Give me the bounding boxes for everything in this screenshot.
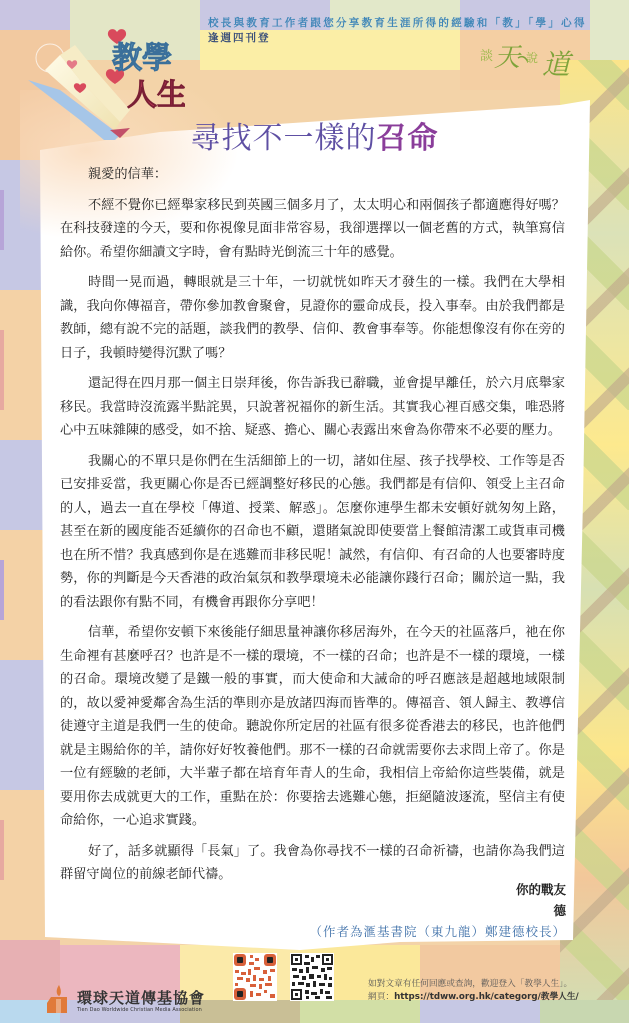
title-accent: 召命 <box>377 121 439 156</box>
signature: 德 <box>553 901 566 919</box>
org-name-en: Tien Dao Worldwide Christian Media Assoc… <box>77 1007 205 1013</box>
paragraph-6: 好了，話多就顯得「長氣」了。我會為你尋找不一樣的召命祈禱，也請你為我們這群留守崗… <box>60 840 565 887</box>
svg-text:說: 說 <box>526 51 538 65</box>
contact-line: 如對文章有任何回應或查詢，歡迎登入「教學人生」。 <box>368 978 579 991</box>
series-logo-text-2: 人生 <box>127 78 185 113</box>
paragraph-3: 還記得在四月那一個主日崇拜後，你告訴我已辭職，並會提早離任，於六月底舉家移民。我… <box>60 372 565 443</box>
letter-body: 親愛的信華： 不經不覺你已經舉家移民到英國三個多月了，太太明心和兩個孩子都適應得… <box>60 163 565 894</box>
svg-text:道: 道 <box>542 48 574 80</box>
org-logo: 環球天道傳基協會 Tien Dao Worldwide Christian Me… <box>45 983 205 1013</box>
qr-code-orange[interactable] <box>233 953 277 1001</box>
title-main: 尋找不一樣的 <box>191 121 377 156</box>
contact-info: 如對文章有任何回應或查詢，歡迎登入「教學人生」。 網頁：https://tdww… <box>368 978 579 1004</box>
closing: 你的戰友 <box>516 880 566 898</box>
greeting: 親愛的信華： <box>60 163 565 187</box>
tagline: 校長與教育工作者跟您分享教育生涯所得的經驗和「教」「學」心得 <box>208 15 587 30</box>
author-note: （作者為滙基書院（東九龍）鄭建德校長） <box>309 922 566 940</box>
paragraph-1: 不經不覺你已經舉家移民到英國三個多月了，太太明心和兩個孩子都適應得好嗎？在科技發… <box>60 194 565 265</box>
website-row: 網頁：https://tdww.org.hk/categorg/教學人生/ <box>368 991 579 1004</box>
org-flame-icon <box>45 983 71 1013</box>
website-label: 網頁： <box>368 992 394 1002</box>
website-link[interactable]: https://tdww.org.hk/categorg/教學人生/ <box>394 992 579 1002</box>
series-logo-text-1: 教學 <box>112 41 172 76</box>
paragraph-5: 信華，希望你安頓下來後能仔細思量神讓你移居海外，在今天的社區落戶，祂在你生命裡有… <box>60 621 565 833</box>
paragraph-2: 時間一晃而過，轉眼就是三十年，一切就恍如昨天才發生的一樣。我們在大學相識，我向你… <box>60 271 565 365</box>
column-logo: 談 天 說 道 <box>480 38 580 80</box>
article-title: 尋找不一樣的召命 <box>0 113 629 157</box>
org-name-zh: 環球天道傳基協會 <box>77 990 205 1006</box>
qr-code-black[interactable] <box>290 953 334 1001</box>
publication-schedule: 逢週四刊登 <box>208 30 271 45</box>
svg-text:談: 談 <box>480 49 493 64</box>
column-logo-graphic: 談 天 說 道 <box>480 38 580 80</box>
paragraph-4: 我關心的不單只是你們在生活細節上的一切，諸如住屋、孩子找學校、工作等是否已安排妥… <box>60 450 565 615</box>
